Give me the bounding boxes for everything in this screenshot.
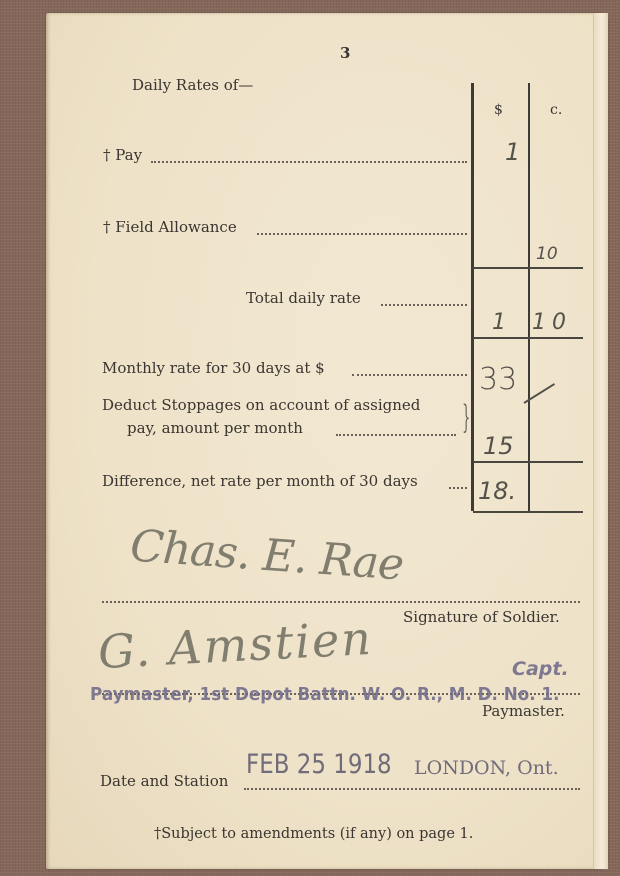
section-heading: Daily Rates of— bbox=[132, 76, 253, 94]
rule-after-total-daily bbox=[473, 337, 583, 339]
rule-after-field-allowance bbox=[473, 267, 583, 269]
station-stamp: LONDON, Ont. bbox=[414, 757, 559, 779]
stoppages-leader-dots bbox=[336, 434, 456, 436]
total-daily-dollars-value: 1 bbox=[492, 310, 506, 335]
monthly-rate-leader-dots bbox=[352, 374, 467, 376]
soldier-signature-label: Signature of Soldier. bbox=[403, 608, 560, 626]
monthly-rate-label: Monthly rate for 30 days at $ bbox=[102, 359, 325, 377]
paymaster-signature-label: Paymaster. bbox=[482, 702, 565, 720]
difference-label: Difference, net rate per month of 30 day… bbox=[102, 472, 418, 490]
dollars-column-header: $ bbox=[494, 102, 503, 118]
total-daily-cents-value: 10 bbox=[532, 310, 572, 335]
amendments-footnote: †Subject to amendments (if any) on page … bbox=[154, 826, 473, 842]
difference-leader-dots bbox=[449, 487, 467, 489]
date-stamp: FEB 25 1918 bbox=[246, 749, 392, 780]
stoppages-brace: } bbox=[462, 398, 470, 436]
pay-leader-dots bbox=[151, 161, 467, 163]
stoppages-dollars-value: 15 bbox=[483, 432, 514, 460]
total-daily-rate-label: Total daily rate bbox=[246, 289, 361, 307]
page-edge bbox=[593, 13, 608, 869]
rule-after-stoppages bbox=[473, 461, 583, 463]
soldier-signature-line bbox=[102, 601, 580, 603]
field-allowance-label: † Field Allowance bbox=[103, 218, 237, 236]
table-column-divider bbox=[528, 83, 530, 511]
stoppages-label-line1: Deduct Stoppages on account of assigned bbox=[102, 396, 420, 414]
monthly-rate-dollars-value: 33 bbox=[479, 362, 517, 397]
rule-after-difference bbox=[473, 511, 583, 513]
cents-column-header: c. bbox=[550, 102, 562, 118]
page-number: 3 bbox=[340, 44, 350, 62]
pay-dollars-value: 1 bbox=[505, 138, 520, 166]
date-station-line bbox=[244, 788, 580, 790]
pay-label: † Pay bbox=[103, 146, 142, 164]
paymaster-rank-stamp: Capt. bbox=[512, 658, 569, 680]
table-left-border bbox=[471, 83, 474, 511]
difference-dollars-value: 18. bbox=[478, 477, 516, 505]
stoppages-label-line2: pay, amount per month bbox=[127, 419, 303, 437]
total-daily-leader-dots bbox=[381, 304, 467, 306]
date-station-label: Date and Station bbox=[100, 772, 228, 790]
field-allowance-leader-dots bbox=[257, 233, 467, 235]
field-allowance-cents-value: 10 bbox=[536, 244, 558, 264]
pay-book-page bbox=[46, 13, 608, 869]
